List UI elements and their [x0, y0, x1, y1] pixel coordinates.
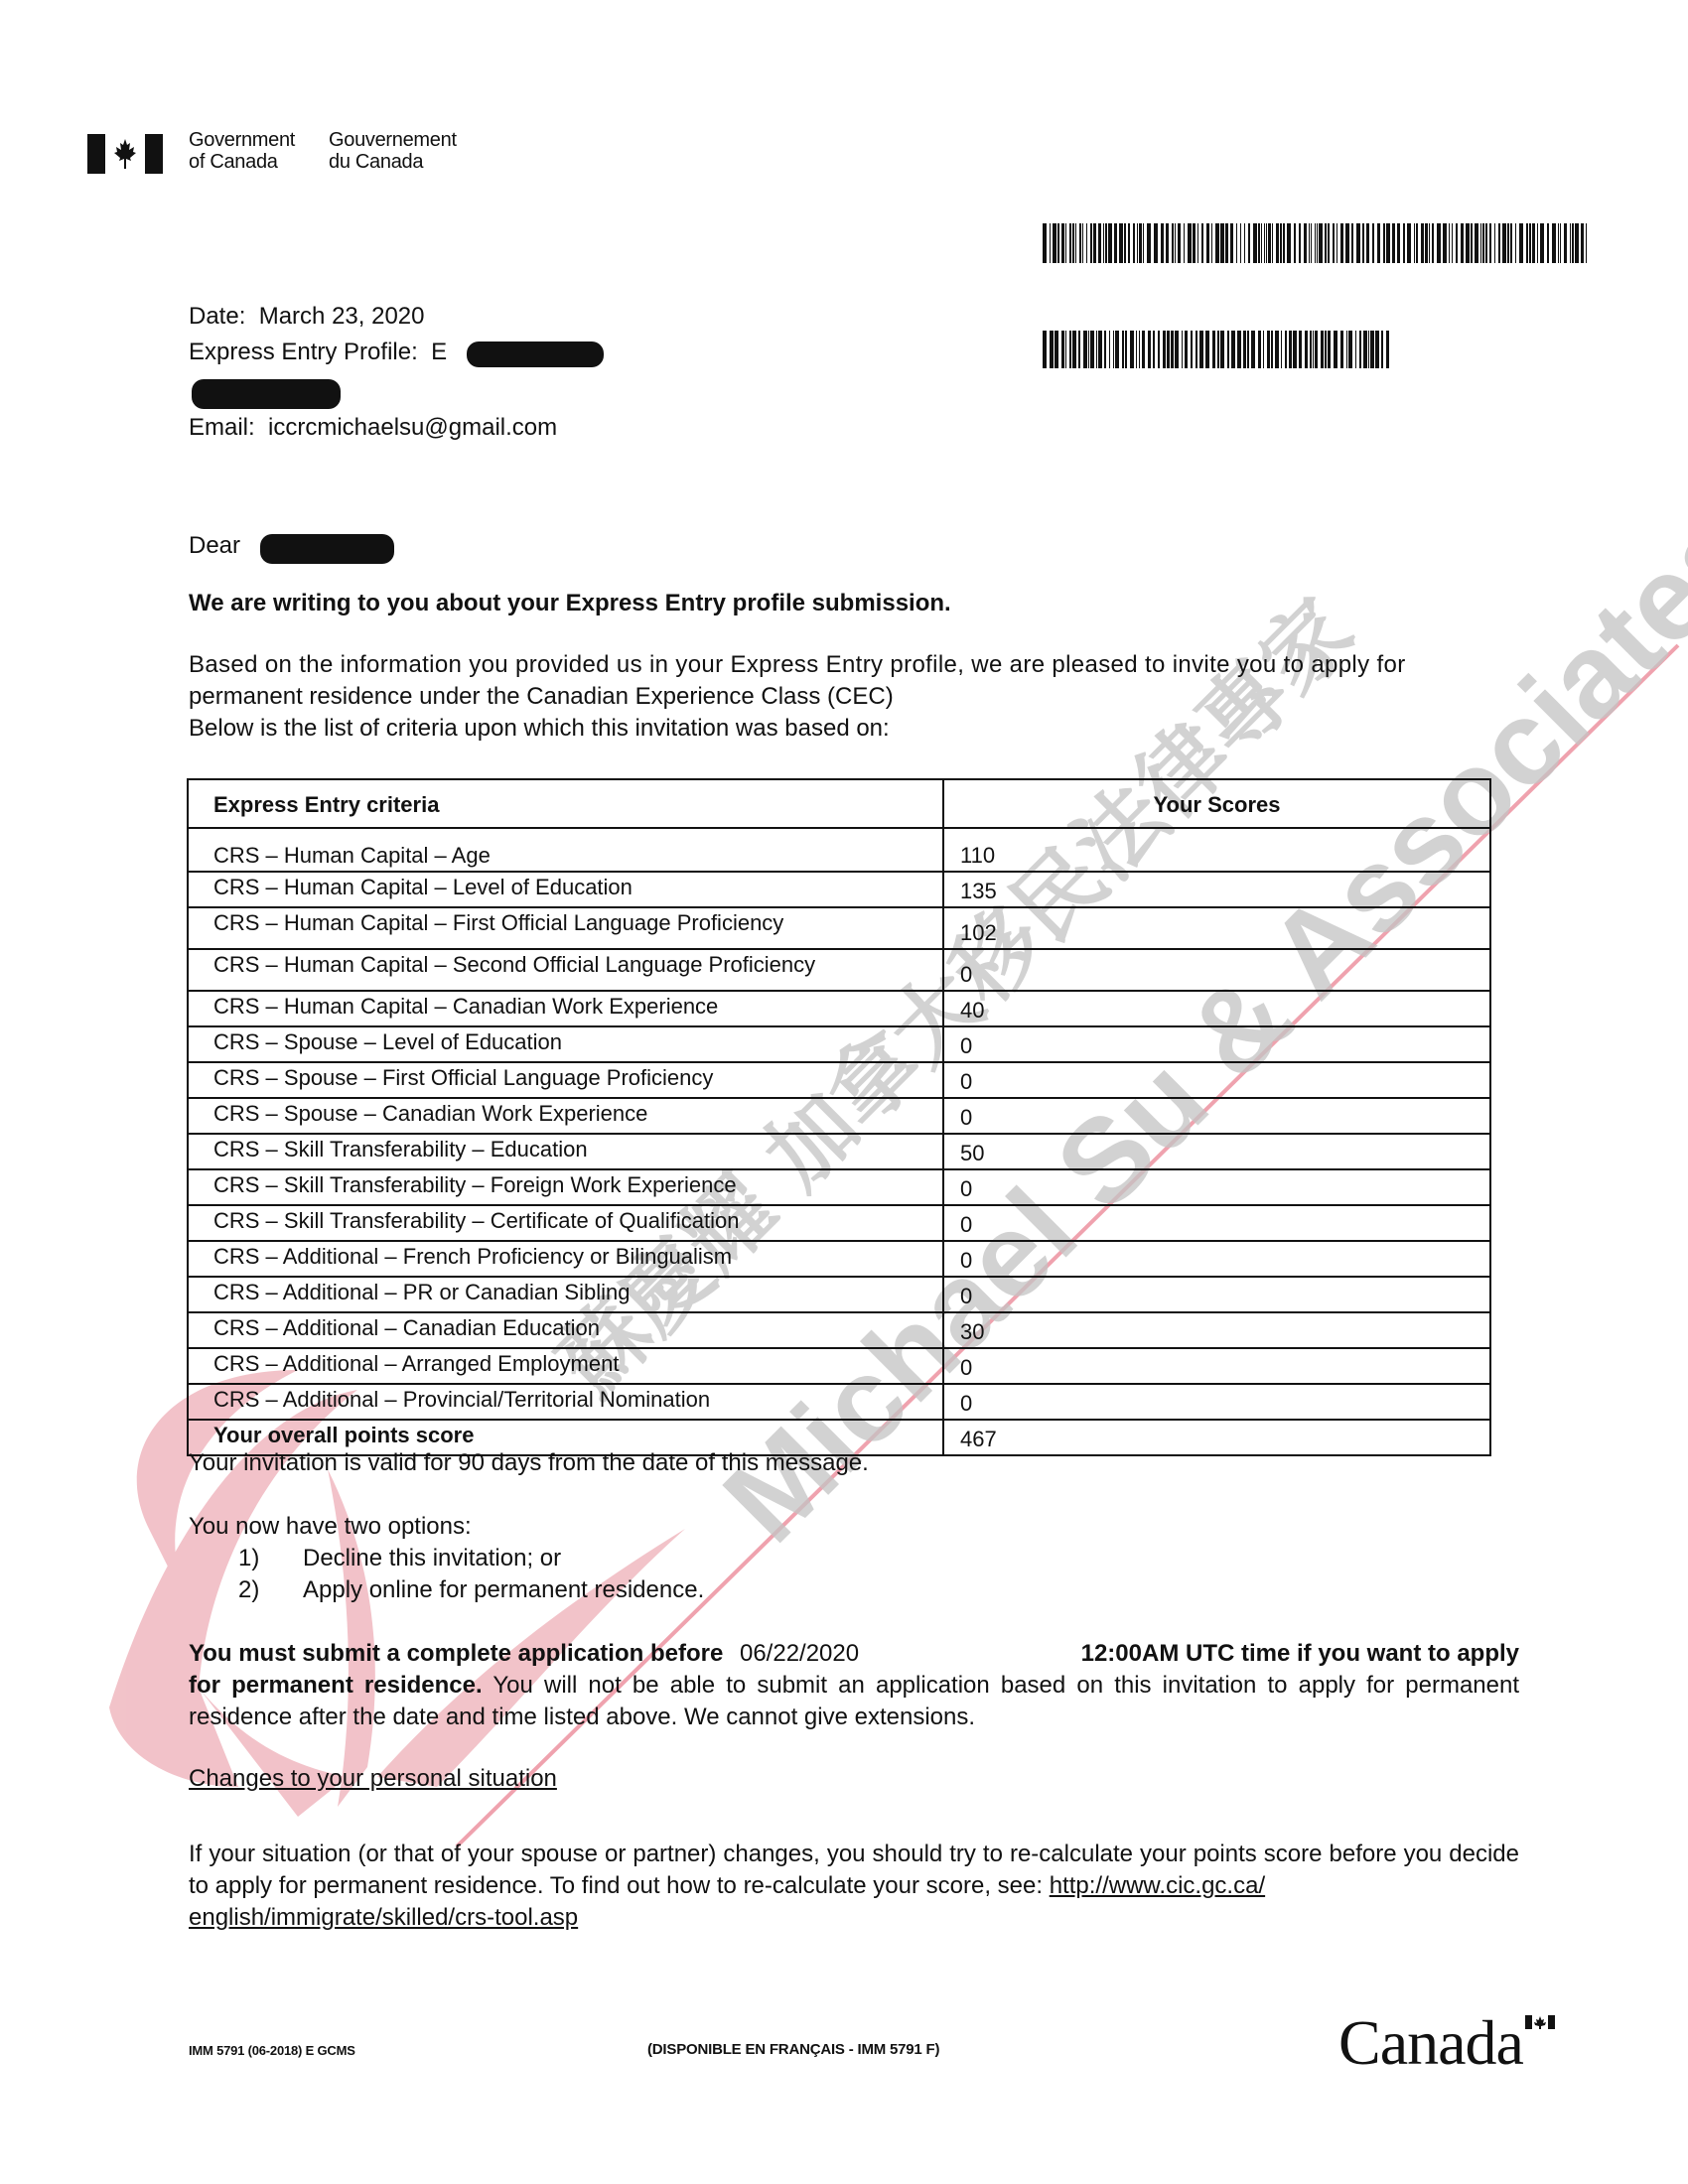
email-label: Email:: [189, 414, 255, 441]
score-cell: 30: [943, 1312, 1490, 1348]
criteria-cell: CRS – Additional – Canadian Education: [188, 1312, 943, 1348]
criteria-cell: CRS – Spouse – Canadian Work Experience: [188, 1098, 943, 1134]
option-2: 2) Apply online for permanent residence.: [238, 1574, 259, 1606]
gov-name-en: Government of Canada: [189, 129, 295, 173]
score-cell: 50: [943, 1134, 1490, 1169]
table-row: CRS – Human Capital – Level of Education…: [188, 872, 1490, 907]
barcode-2: [1043, 331, 1390, 370]
table-row: CRS – Spouse – Level of Education0: [188, 1026, 1490, 1062]
date-value: March 23, 2020: [259, 303, 425, 330]
table-row: CRS – Additional – Arranged Employment0: [188, 1348, 1490, 1384]
canada-flag-icon: [87, 134, 163, 174]
intro-line-1: Based on the information you provided us…: [189, 649, 1406, 681]
table-row: CRS – Spouse – Canadian Work Experience0: [188, 1098, 1490, 1134]
table-header-row: Express Entry criteria Your Scores: [188, 779, 1490, 828]
intro-line-2: permanent residence under the Canadian E…: [189, 681, 894, 713]
criteria-cell: CRS – Human Capital – First Official Lan…: [188, 907, 943, 949]
table-row: CRS – Spouse – First Official Language P…: [188, 1062, 1490, 1098]
criteria-cell: CRS – Human Capital – Canadian Work Expe…: [188, 991, 943, 1026]
score-cell: 0: [943, 949, 1490, 991]
deadline-time: 12:00AM UTC time if you want to apply: [1081, 1638, 1519, 1670]
criteria-cell: CRS – Human Capital – Second Official La…: [188, 949, 943, 991]
total-score: 467: [943, 1420, 1490, 1455]
changes-heading: Changes to your personal situation: [189, 1763, 557, 1795]
date-line: Date: March 23, 2020: [189, 301, 425, 333]
deadline-intro: You must submit a complete application b…: [189, 1640, 723, 1667]
criteria-cell: CRS – Human Capital – Age: [188, 828, 943, 872]
table-row: CRS – Human Capital – First Official Lan…: [188, 907, 1490, 949]
crs-score-table: Express Entry criteria Your Scores CRS –…: [187, 778, 1491, 1456]
score-cell: 110: [943, 828, 1490, 872]
profile-line: Express Entry Profile: E: [189, 337, 447, 368]
score-cell: 0: [943, 1348, 1490, 1384]
crs-tool-link-part1[interactable]: http://www.cic.gc.ca/: [1050, 1872, 1265, 1899]
redaction-name: [260, 534, 394, 564]
intro-heading: We are writing to you about your Express…: [189, 588, 951, 619]
table-row: CRS – Skill Transferability – Education5…: [188, 1134, 1490, 1169]
table-row: CRS – Human Capital – Second Official La…: [188, 949, 1490, 991]
option-2-number: 2): [238, 1576, 259, 1603]
table-row: CRS – Human Capital – Canadian Work Expe…: [188, 991, 1490, 1026]
changes-text: If your situation (or that of your spous…: [189, 1841, 1519, 1899]
table-row: CRS – Human Capital – Age110: [188, 828, 1490, 872]
table-row: CRS – Skill Transferability – Certificat…: [188, 1205, 1490, 1241]
option-2-text: Apply online for permanent residence.: [303, 1574, 704, 1606]
criteria-cell: CRS – Spouse – First Official Language P…: [188, 1062, 943, 1098]
option-1: 1) Decline this invitation; or: [238, 1543, 259, 1574]
table-row: CRS – Additional – French Proficiency or…: [188, 1241, 1490, 1277]
criteria-cell: CRS – Skill Transferability – Foreign Wo…: [188, 1169, 943, 1205]
email-line: Email: iccrcmichaelsu@gmail.com: [189, 412, 557, 444]
table-row: CRS – Additional – PR or Canadian Siblin…: [188, 1277, 1490, 1312]
deadline-pr: for permanent residence.: [189, 1672, 483, 1699]
score-cell: 0: [943, 1241, 1490, 1277]
email-value: iccrcmichaelsu@gmail.com: [268, 414, 557, 441]
salutation: Dear: [189, 530, 240, 562]
score-cell: 0: [943, 1277, 1490, 1312]
crs-tool-link-part2[interactable]: english/immigrate/skilled/crs-tool.asp: [189, 1904, 578, 1931]
deadline-line-1: You must submit a complete application b…: [189, 1638, 1519, 1670]
redaction-profile-id: [467, 341, 604, 367]
salutation-word: Dear: [189, 532, 240, 559]
score-cell: 0: [943, 1026, 1490, 1062]
header-scores: Your Scores: [943, 779, 1490, 828]
french-availability-note: (DISPONIBLE EN FRANÇAIS - IMM 5791 F): [647, 2041, 939, 2058]
intro-line-3: Below is the list of criteria upon which…: [189, 713, 890, 745]
criteria-cell: CRS – Skill Transferability – Certificat…: [188, 1205, 943, 1241]
criteria-cell: CRS – Additional – Provincial/Territoria…: [188, 1384, 943, 1420]
profile-value: E: [431, 339, 447, 365]
score-cell: 0: [943, 1098, 1490, 1134]
score-cell: 0: [943, 1169, 1490, 1205]
score-cell: 0: [943, 1062, 1490, 1098]
score-cell: 102: [943, 907, 1490, 949]
deadline-paragraph: for permanent residence. You will not be…: [189, 1670, 1519, 1733]
redaction-profile-id-cont: [192, 379, 341, 409]
score-cell: 0: [943, 1384, 1490, 1420]
table-row: CRS – Skill Transferability – Foreign Wo…: [188, 1169, 1490, 1205]
header-criteria: Express Entry criteria: [188, 779, 943, 828]
criteria-cell: CRS – Additional – PR or Canadian Siblin…: [188, 1277, 943, 1312]
criteria-cell: CRS – Additional – Arranged Employment: [188, 1348, 943, 1384]
gov-name-fr: Gouvernement du Canada: [329, 129, 457, 173]
form-code: IMM 5791 (06-2018) E GCMS: [189, 2043, 355, 2058]
profile-label: Express Entry Profile:: [189, 339, 418, 365]
barcode-1: [1043, 223, 1587, 263]
score-cell: 0: [943, 1205, 1490, 1241]
gov-en-line2: of Canada: [189, 151, 295, 173]
gov-fr-line2: du Canada: [329, 151, 457, 173]
changes-paragraph: If your situation (or that of your spous…: [189, 1839, 1519, 1934]
gov-en-line1: Government: [189, 129, 295, 151]
criteria-cell: CRS – Spouse – Level of Education: [188, 1026, 943, 1062]
canada-wordmark-text: Canada: [1338, 2007, 1523, 2078]
date-label: Date:: [189, 303, 245, 330]
score-cell: 40: [943, 991, 1490, 1026]
option-1-number: 1): [238, 1545, 259, 1571]
gov-fr-line1: Gouvernement: [329, 129, 457, 151]
score-cell: 135: [943, 872, 1490, 907]
criteria-cell: CRS – Skill Transferability – Education: [188, 1134, 943, 1169]
validity-note: Your invitation is valid for 90 days fro…: [189, 1447, 869, 1479]
criteria-cell: CRS – Human Capital – Level of Education: [188, 872, 943, 907]
wordmark-flag-icon: [1525, 2015, 1555, 2029]
options-intro: You now have two options:: [189, 1511, 472, 1543]
deadline-date: 06/22/2020: [740, 1640, 859, 1667]
canada-wordmark: Canada: [1338, 2011, 1523, 2075]
table-row: CRS – Additional – Provincial/Territoria…: [188, 1384, 1490, 1420]
option-1-text: Decline this invitation; or: [303, 1543, 561, 1574]
criteria-cell: CRS – Additional – French Proficiency or…: [188, 1241, 943, 1277]
table-row: CRS – Additional – Canadian Education30: [188, 1312, 1490, 1348]
